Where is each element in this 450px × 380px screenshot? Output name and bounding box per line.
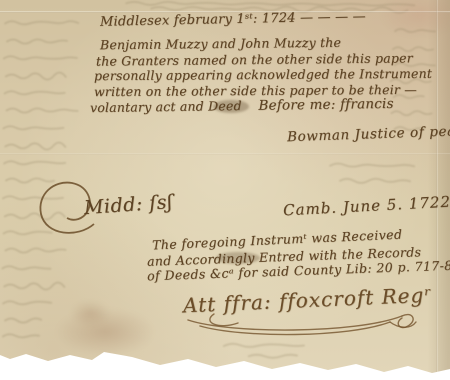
ack-line-personally-appearing: personally appearing acknowledged the In… [94, 66, 432, 83]
ack-before-me-text: Before me: ffrancis [258, 96, 393, 114]
justice-name-line: Bowman Justice of peace [287, 123, 450, 145]
document-paper: Middlesex february 1ˢᵗ: 1724 — — — — Ben… [0, 0, 450, 380]
signature-flourish [180, 308, 430, 342]
paper-stain-top-right [380, 0, 450, 38]
ack-line-grantor-names: Benjamin Muzzy and John Muzzy the [100, 35, 341, 53]
paper-stain-bottom-left [55, 308, 155, 356]
ack-dateline: Middlesex february 1ˢᵗ: 1724 — — — — [100, 9, 366, 30]
horizontal-fold-crease-middle [0, 153, 450, 155]
vertical-fold-crease-right [436, 0, 438, 372]
scanned-document: Middlesex february 1ˢᵗ: 1724 — — — — Ben… [0, 0, 450, 380]
county-mark: Midd: ſsʃ [83, 191, 173, 219]
ack-line-voluntary-act: volantary act and Deed Before me: ffranc… [90, 96, 394, 116]
recording-place-date: Camb. June 5. 1722 [283, 193, 450, 220]
paper-stain-bottom-left-small [70, 300, 110, 326]
ack-line-voluntary-act-text: volantary act and Deed [90, 98, 242, 115]
